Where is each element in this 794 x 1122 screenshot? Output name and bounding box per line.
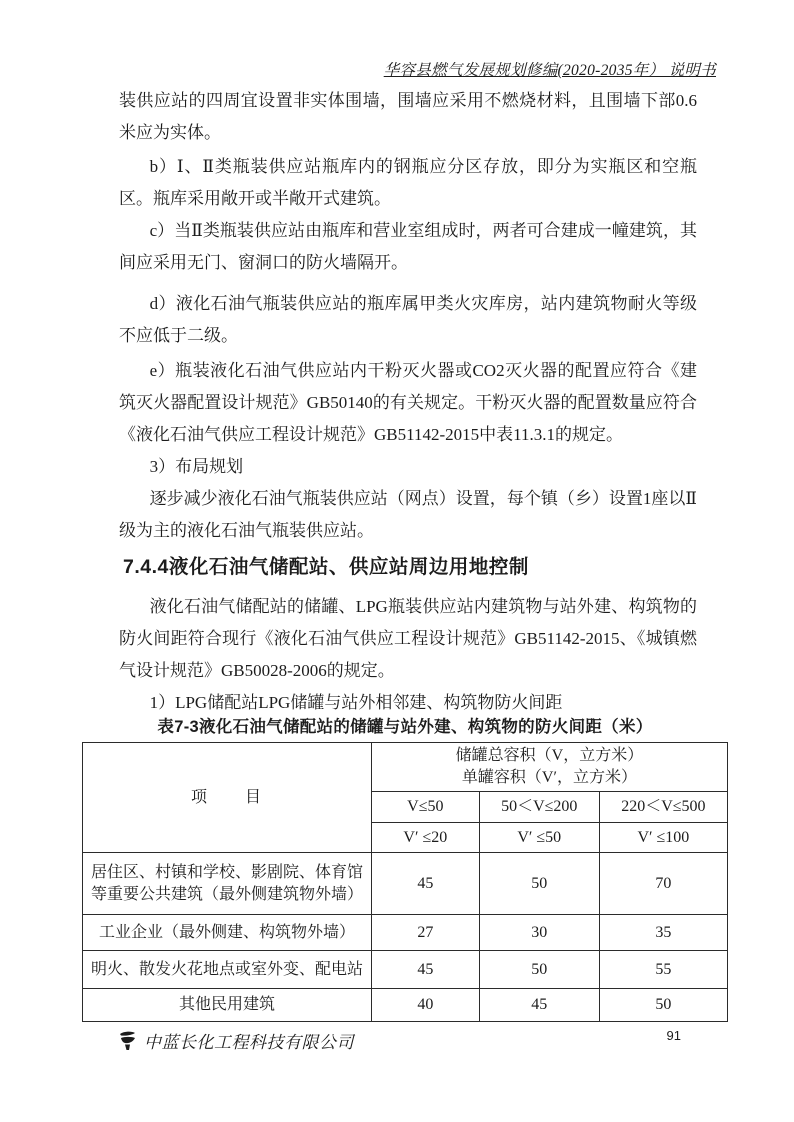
row-label: 明火、散发火花地点或室外变、配电站	[83, 951, 372, 989]
running-header-title: 华容县燃气发展规划修编(2020-2035年） 说明书	[384, 58, 716, 80]
table-header-volume-line1: 储罐总容积（V，立方米）	[375, 745, 724, 767]
paragraph-section-intro: 液化石油气储配站的储罐、LPG瓶装供应站内建筑物与站外建、构筑物的防火间距符合现…	[119, 591, 697, 687]
distance-value: 27	[371, 915, 479, 951]
distance-value: 50	[479, 951, 599, 989]
fire-distance-table: 项 目 储罐总容积（V，立方米） 单罐容积（V′，立方米） V≤50 50＜V≤…	[82, 742, 728, 1022]
table-header-volume-line2: 单罐容积（V′，立方米）	[375, 767, 724, 789]
distance-value: 55	[599, 951, 727, 989]
paragraph-item-c: c）当Ⅱ类瓶装供应站由瓶库和营业室组成时，两者可合建成一幢建筑，其间应采用无门、…	[119, 215, 697, 279]
total-volume-range-1: V≤50	[371, 792, 479, 823]
paragraph-item-e: e）瓶装液化石油气供应站内干粉灭火器或CO2灭火器的配置应符合《建筑灭火器配置设…	[119, 355, 697, 451]
distance-value: 50	[599, 989, 727, 1022]
row-label: 其他民用建筑	[83, 989, 372, 1022]
single-volume-range-3: V′ ≤100	[599, 823, 727, 853]
distance-value: 50	[479, 853, 599, 915]
table-row: 明火、散发火花地点或室外变、配电站 45 50 55	[83, 951, 728, 989]
single-volume-range-2: V′ ≤50	[479, 823, 599, 853]
total-volume-range-2: 50＜V≤200	[479, 792, 599, 823]
fire-distance-table-block: 表7-3液化石油气储配站的储罐与站外建、构筑物的防火间距（米） 项 目 储罐总容…	[82, 713, 728, 1022]
distance-value: 30	[479, 915, 599, 951]
page-number: 91	[667, 1028, 681, 1043]
distance-value: 45	[371, 853, 479, 915]
row-label: 居住区、村镇和学校、影剧院、体育馆等重要公共建筑（最外侧建筑物外墙）	[83, 853, 372, 915]
paragraph-item-3: 3）布局规划	[119, 451, 697, 483]
table-title: 表7-3液化石油气储配站的储罐与站外建、构筑物的防火间距（米）	[82, 713, 728, 737]
paragraph-item-d: d）液化石油气瓶装供应站的瓶库属甲类火灾库房，站内建筑物耐火等级不应低于二级。	[119, 288, 697, 352]
page-footer: 中蓝长化工程科技有限公司	[117, 1028, 354, 1053]
table-header-volume: 储罐总容积（V，立方米） 单罐容积（V′，立方米）	[371, 743, 727, 792]
table-header-item: 项 目	[83, 743, 372, 853]
paragraph-item-b: b）Ⅰ、Ⅱ类瓶装供应站瓶库内的钢瓶应分区存放，即分为实瓶区和空瓶区。瓶库采用敞开…	[119, 151, 697, 215]
total-volume-range-3: 220＜V≤500	[599, 792, 727, 823]
footer-company-name: 中蓝长化工程科技有限公司	[144, 1028, 354, 1053]
single-volume-range-1: V′ ≤20	[371, 823, 479, 853]
table-row: 工业企业（最外侧建、构筑物外墙） 27 30 35	[83, 915, 728, 951]
section-heading-7-4-4: 7.4.4液化石油气储配站、供应站周边用地控制	[123, 551, 697, 583]
distance-value: 45	[479, 989, 599, 1022]
table-row: 居住区、村镇和学校、影剧院、体育馆等重要公共建筑（最外侧建筑物外墙） 45 50…	[83, 853, 728, 915]
distance-value: 45	[371, 951, 479, 989]
paragraph-layout-plan: 逐步减少液化石油气瓶装供应站（网点）设置，每个镇（乡）设置1座以Ⅱ级为主的液化石…	[119, 483, 697, 547]
table-header-row-volume: 项 目 储罐总容积（V，立方米） 单罐容积（V′，立方米）	[83, 743, 728, 792]
document-page: 华容县燃气发展规划修编(2020-2035年） 说明书 装供应站的四周宜设置非实…	[0, 0, 794, 1122]
row-label: 工业企业（最外侧建、构筑物外墙）	[83, 915, 372, 951]
paragraph-continuation: 装供应站的四周宜设置非实体围墙，围墙应采用不燃烧材料，且围墙下部0.6米应为实体…	[119, 85, 697, 149]
table-row: 其他民用建筑 40 45 50	[83, 989, 728, 1022]
distance-value: 35	[599, 915, 727, 951]
distance-value: 40	[371, 989, 479, 1022]
document-body: 装供应站的四周宜设置非实体围墙，围墙应采用不燃烧材料，且围墙下部0.6米应为实体…	[119, 85, 697, 719]
company-logo-icon	[117, 1030, 138, 1052]
distance-value: 70	[599, 853, 727, 915]
